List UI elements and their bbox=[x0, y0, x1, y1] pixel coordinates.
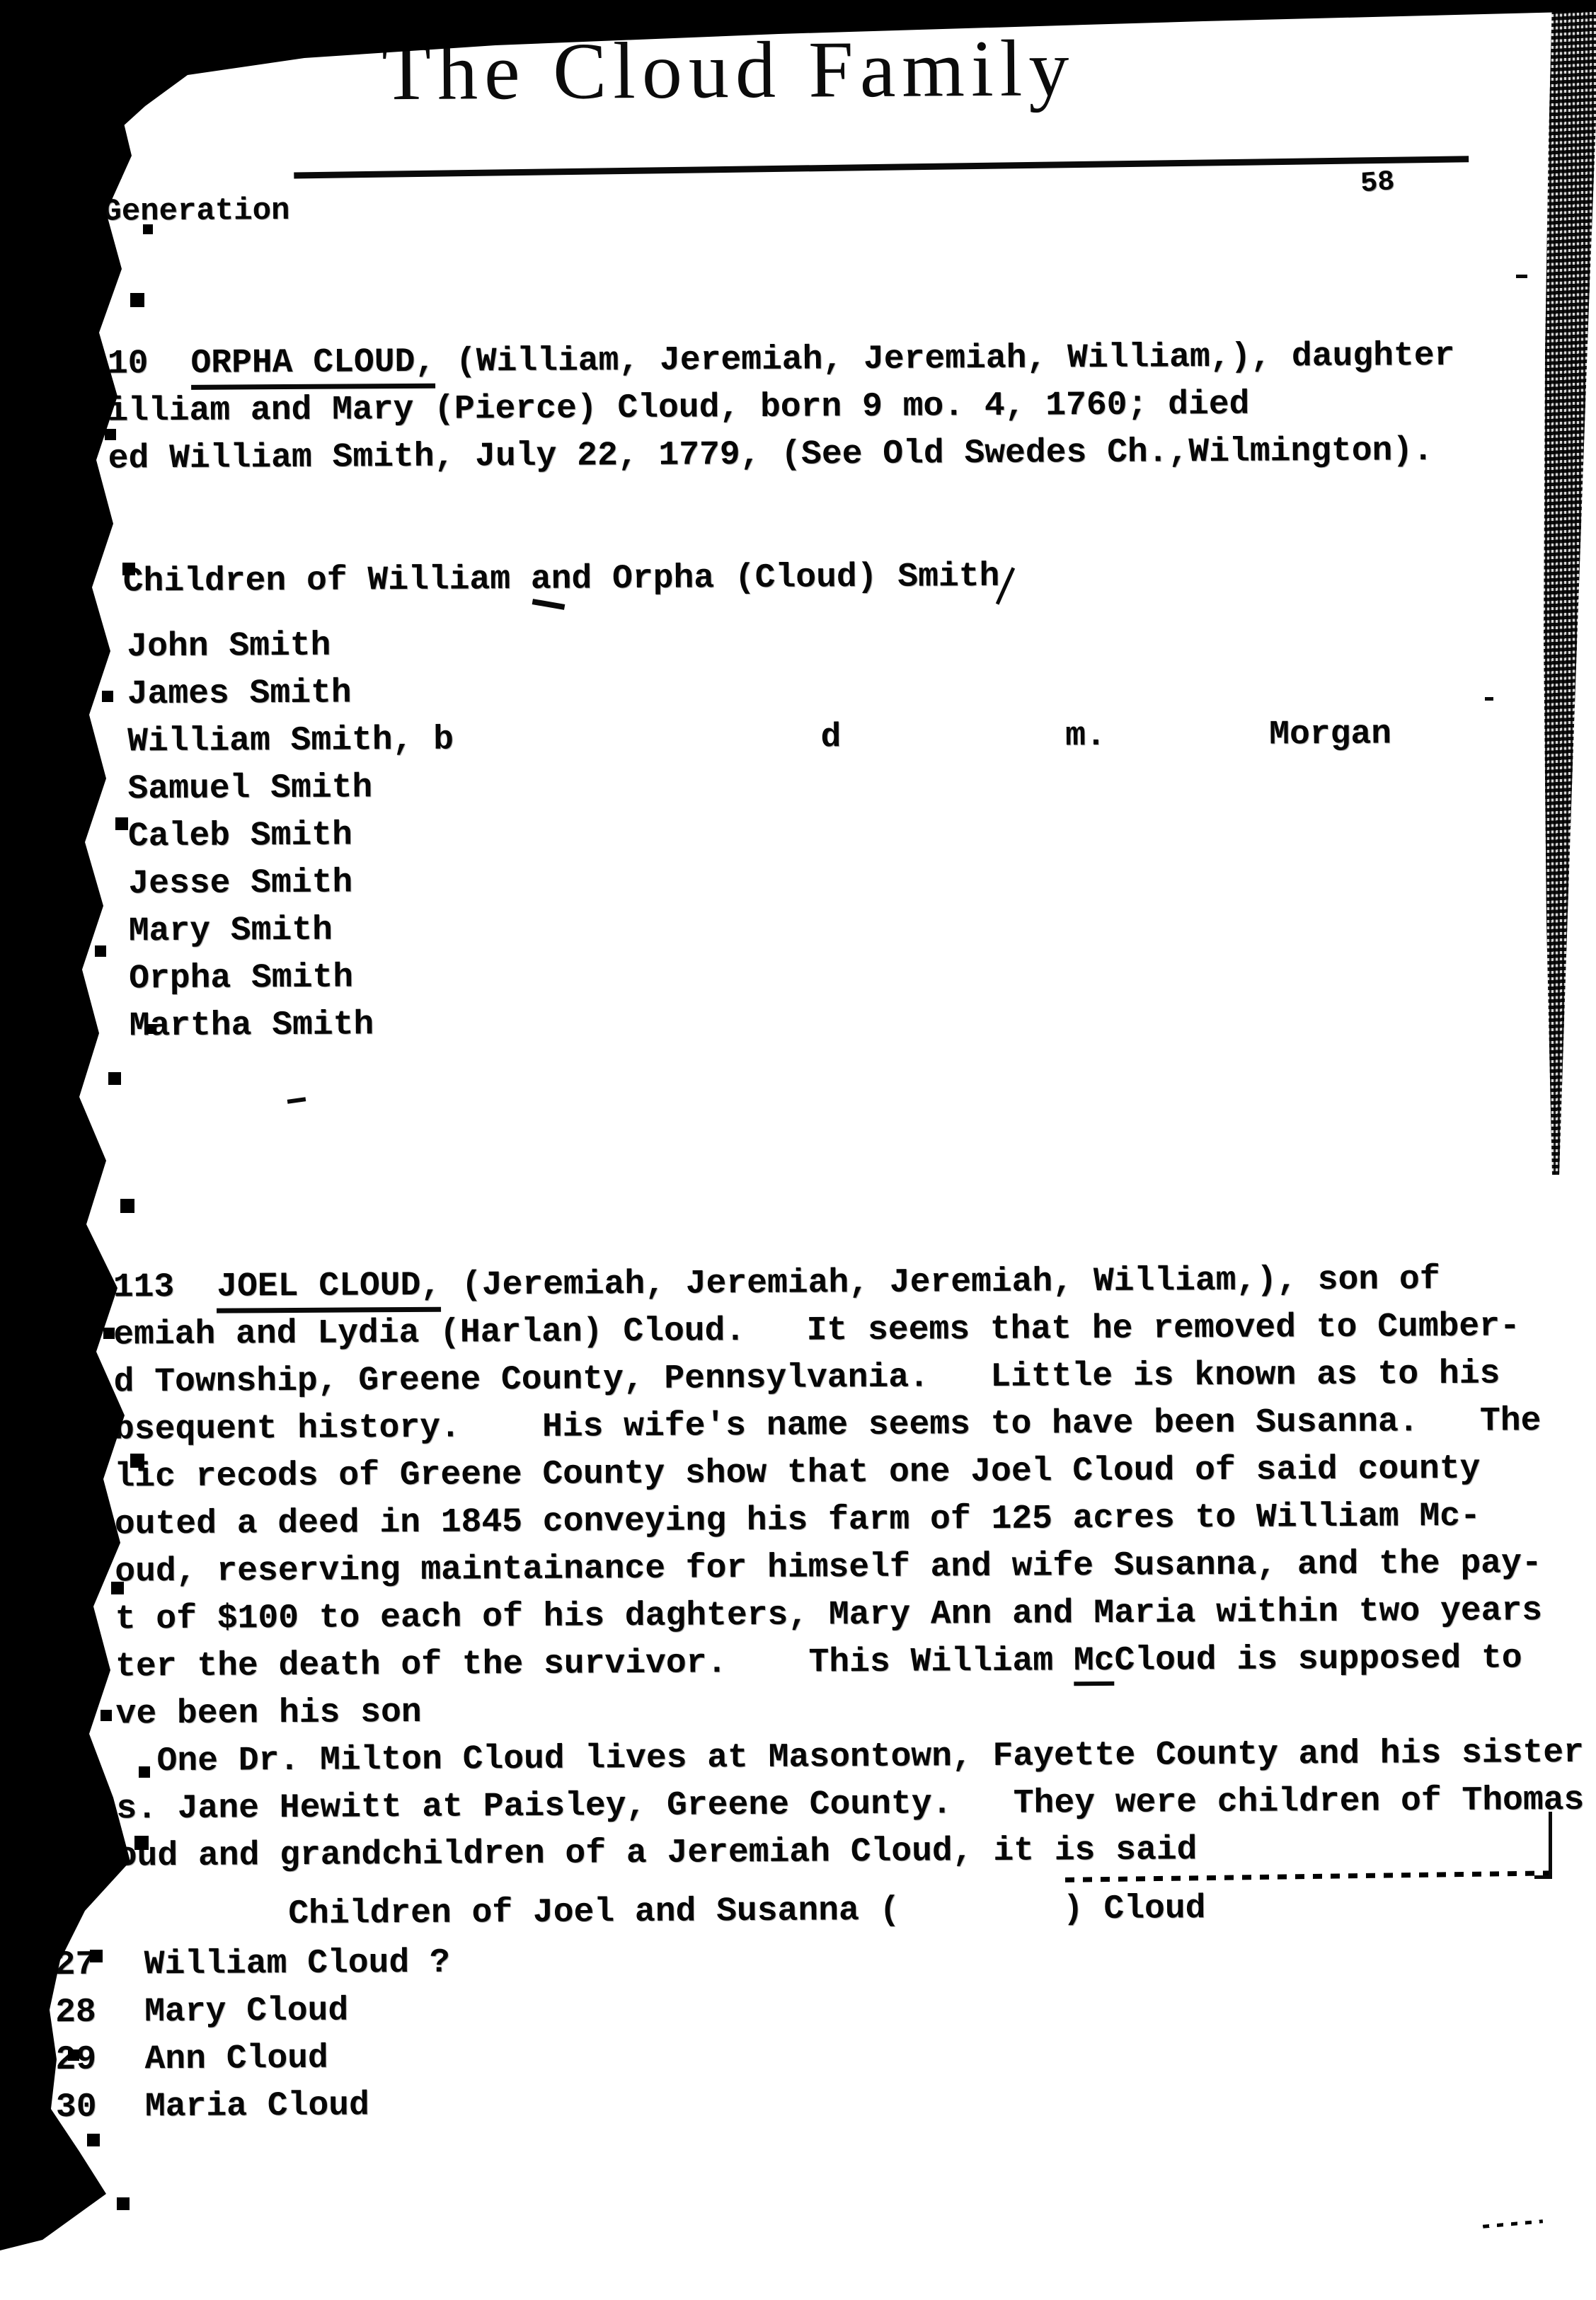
entry-orpha-headline: 10ORPHA CLOUD, (William, Jeremiah, Jerem… bbox=[108, 335, 1455, 386]
entry-joel-survivor-line: ter the death of the survivor. This Will… bbox=[115, 1637, 1522, 1688]
entry-joel-lineage: (Jeremiah, Jeremiah, Jeremiah, William,)… bbox=[441, 1260, 1440, 1305]
page-number: 58 bbox=[1360, 166, 1396, 201]
scan-artifact-tick bbox=[1549, 1812, 1552, 1879]
entry-joel-line: t of $100 to each of his daghters, Mary … bbox=[115, 1589, 1543, 1640]
joel-child-row: 27William Cloud ? bbox=[11, 1935, 1596, 1945]
smith-child-row: Orpha Smith bbox=[129, 956, 353, 1000]
entry-joel-line: emiah and Lydia (Harlan) Cloud. It seems… bbox=[113, 1305, 1520, 1356]
entry-joel-headline: 113JOEL CLOUD, (Jeremiah, Jeremiah, Jere… bbox=[113, 1258, 1440, 1309]
smith-child-row: Caleb Smith bbox=[128, 814, 352, 858]
entry-joel-line: d Township, Greene County, Pennsylvania.… bbox=[114, 1353, 1500, 1404]
smith-child-row: Samuel Smith bbox=[127, 766, 372, 810]
joel-children-header: Children of Joel and Susanna ( ) Cloud bbox=[288, 1887, 1206, 1936]
entry-joel-number: 113 bbox=[113, 1268, 175, 1307]
entry-joel-line: outed a deed in 1845 conveying his farm … bbox=[115, 1495, 1481, 1546]
joel-child-number: 29 bbox=[55, 2039, 96, 2081]
entry-orpha-line: illiam and Mary (Pierce) Cloud, born 9 m… bbox=[108, 384, 1249, 433]
survivor-line-pre: ter the death of the survivor. This Will… bbox=[115, 1642, 1074, 1686]
survivor-line-post: Cloud is supposed to bbox=[1114, 1639, 1522, 1680]
smith-child-row: Jesse Smith bbox=[128, 861, 352, 905]
joel-child-name: Maria Cloud bbox=[145, 2084, 369, 2128]
entry-orpha-line: ed William Smith, July 22, 1779, (See Ol… bbox=[108, 430, 1434, 480]
smith-child-row: James Smith bbox=[127, 672, 352, 715]
scan-artifact-tick bbox=[1534, 1875, 1552, 1879]
joel-child-name: William Cloud ? bbox=[144, 1942, 450, 1986]
joel-child-name: Ann Cloud bbox=[144, 2037, 328, 2081]
joel-child-number: 28 bbox=[55, 1991, 96, 2034]
joel-child-number: 30 bbox=[56, 2086, 97, 2129]
torn-edge-speckles bbox=[0, 0, 6, 6]
page-content: The Cloud Family 58 h Generation 10ORPHA… bbox=[0, 0, 1596, 2300]
scan-artifact-dot bbox=[1516, 275, 1527, 278]
entry-joel-line: One Dr. Milton Cloud lives at Masontown,… bbox=[116, 1732, 1584, 1783]
entry-joel-line: s. Jane Hewitt at Paisley, Greene County… bbox=[116, 1779, 1584, 1831]
scanned-genealogy-page: The Cloud Family 58 h Generation 10ORPHA… bbox=[0, 0, 1596, 2300]
entry-joel-name: JOEL CLOUD, bbox=[217, 1267, 441, 1313]
smith-child-row: John Smith bbox=[127, 625, 331, 669]
entry-orpha-number: 10 bbox=[108, 345, 149, 383]
smith-children-header: Children of William and Orpha (Cloud) Sm… bbox=[123, 556, 1000, 604]
entry-joel-line: oud and grandchildren of a Jeremiah Clou… bbox=[117, 1829, 1198, 1878]
survivor-line-mc: Mc bbox=[1074, 1642, 1115, 1686]
title-divider-rule bbox=[294, 156, 1469, 178]
smith-child-row: William Smith, b d m. Morgan bbox=[127, 713, 1391, 764]
smith-child-row: Martha Smith bbox=[129, 1004, 374, 1047]
entry-joel-line: lic recods of Greene County show that on… bbox=[114, 1448, 1480, 1499]
smith-child-row: Mary Smith bbox=[129, 909, 333, 953]
entry-orpha-name: ORPHA CLOUD, bbox=[190, 343, 435, 390]
scan-artifact-dot bbox=[1485, 697, 1493, 701]
entry-joel-line: ve been his son bbox=[115, 1691, 421, 1736]
entry-orpha-lineage: (William, Jeremiah, Jeremiah, William,),… bbox=[435, 337, 1455, 381]
joel-child-name: Mary Cloud bbox=[144, 1990, 348, 2034]
entry-joel-line: bsequent history. His wife's name seems … bbox=[114, 1400, 1542, 1451]
entry-joel-line: oud, reserving maintainance for himself … bbox=[115, 1542, 1542, 1593]
